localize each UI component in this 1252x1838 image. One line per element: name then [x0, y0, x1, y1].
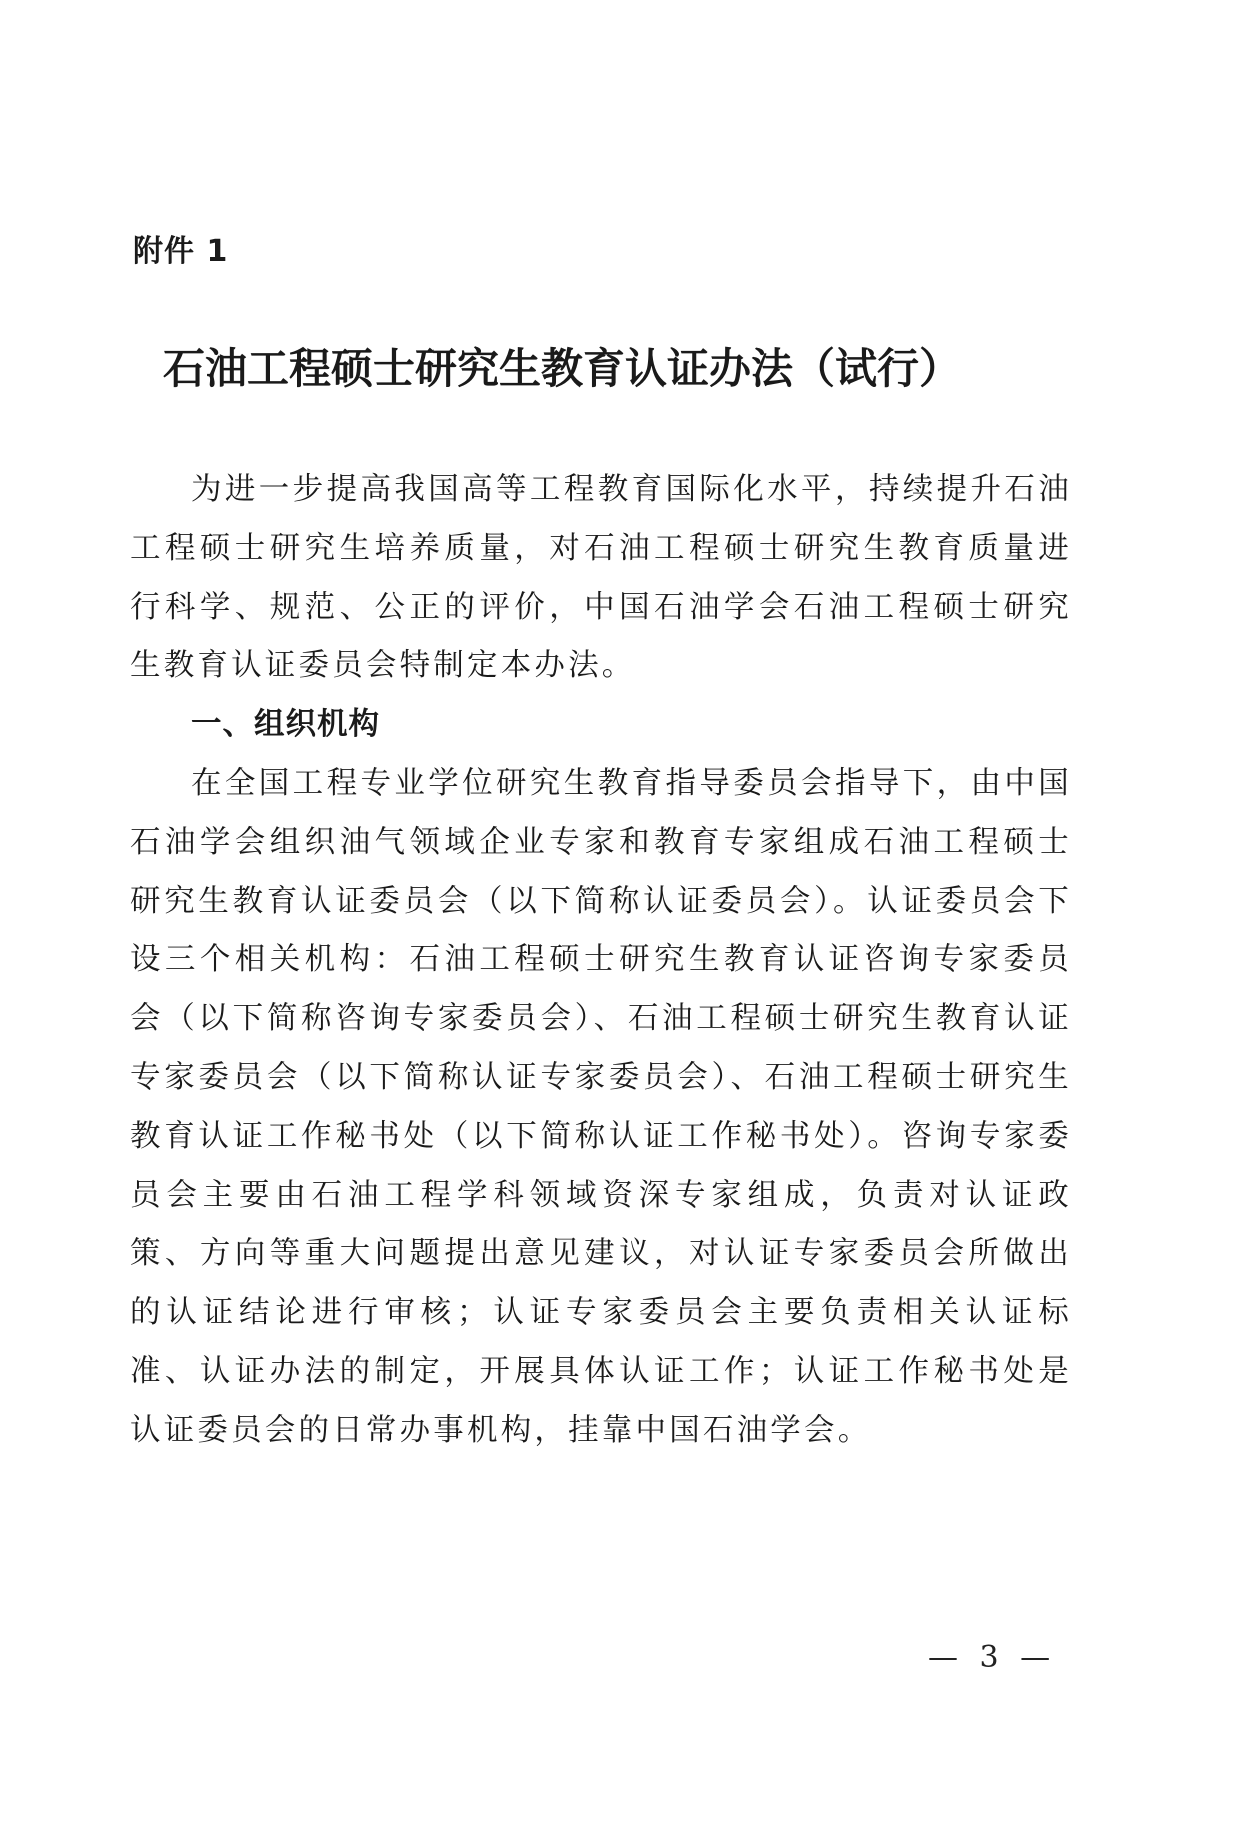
page-number: — 3 —: [928, 1640, 1056, 1675]
intro-paragraph: 为进一步提高我国高等工程教育国际化水平，持续提升石油工程硕士研究生培养质量，对石…: [130, 461, 1072, 696]
section-heading: 一、组织机构: [130, 696, 1072, 755]
document-title: 石油工程硕士研究生教育认证办法（试行）: [163, 336, 1083, 396]
document-page: 附件 1 石油工程硕士研究生教育认证办法（试行） 为进一步提高我国高等工程教育国…: [0, 0, 1252, 1838]
section-paragraph: 在全国工程专业学位研究生教育指导委员会指导下，由中国石油学会组织油气领域企业专家…: [130, 755, 1072, 1461]
attachment-label: 附件 1: [133, 226, 228, 270]
document-body: 为进一步提高我国高等工程教育国际化水平，持续提升石油工程硕士研究生培养质量，对石…: [130, 461, 1072, 1461]
